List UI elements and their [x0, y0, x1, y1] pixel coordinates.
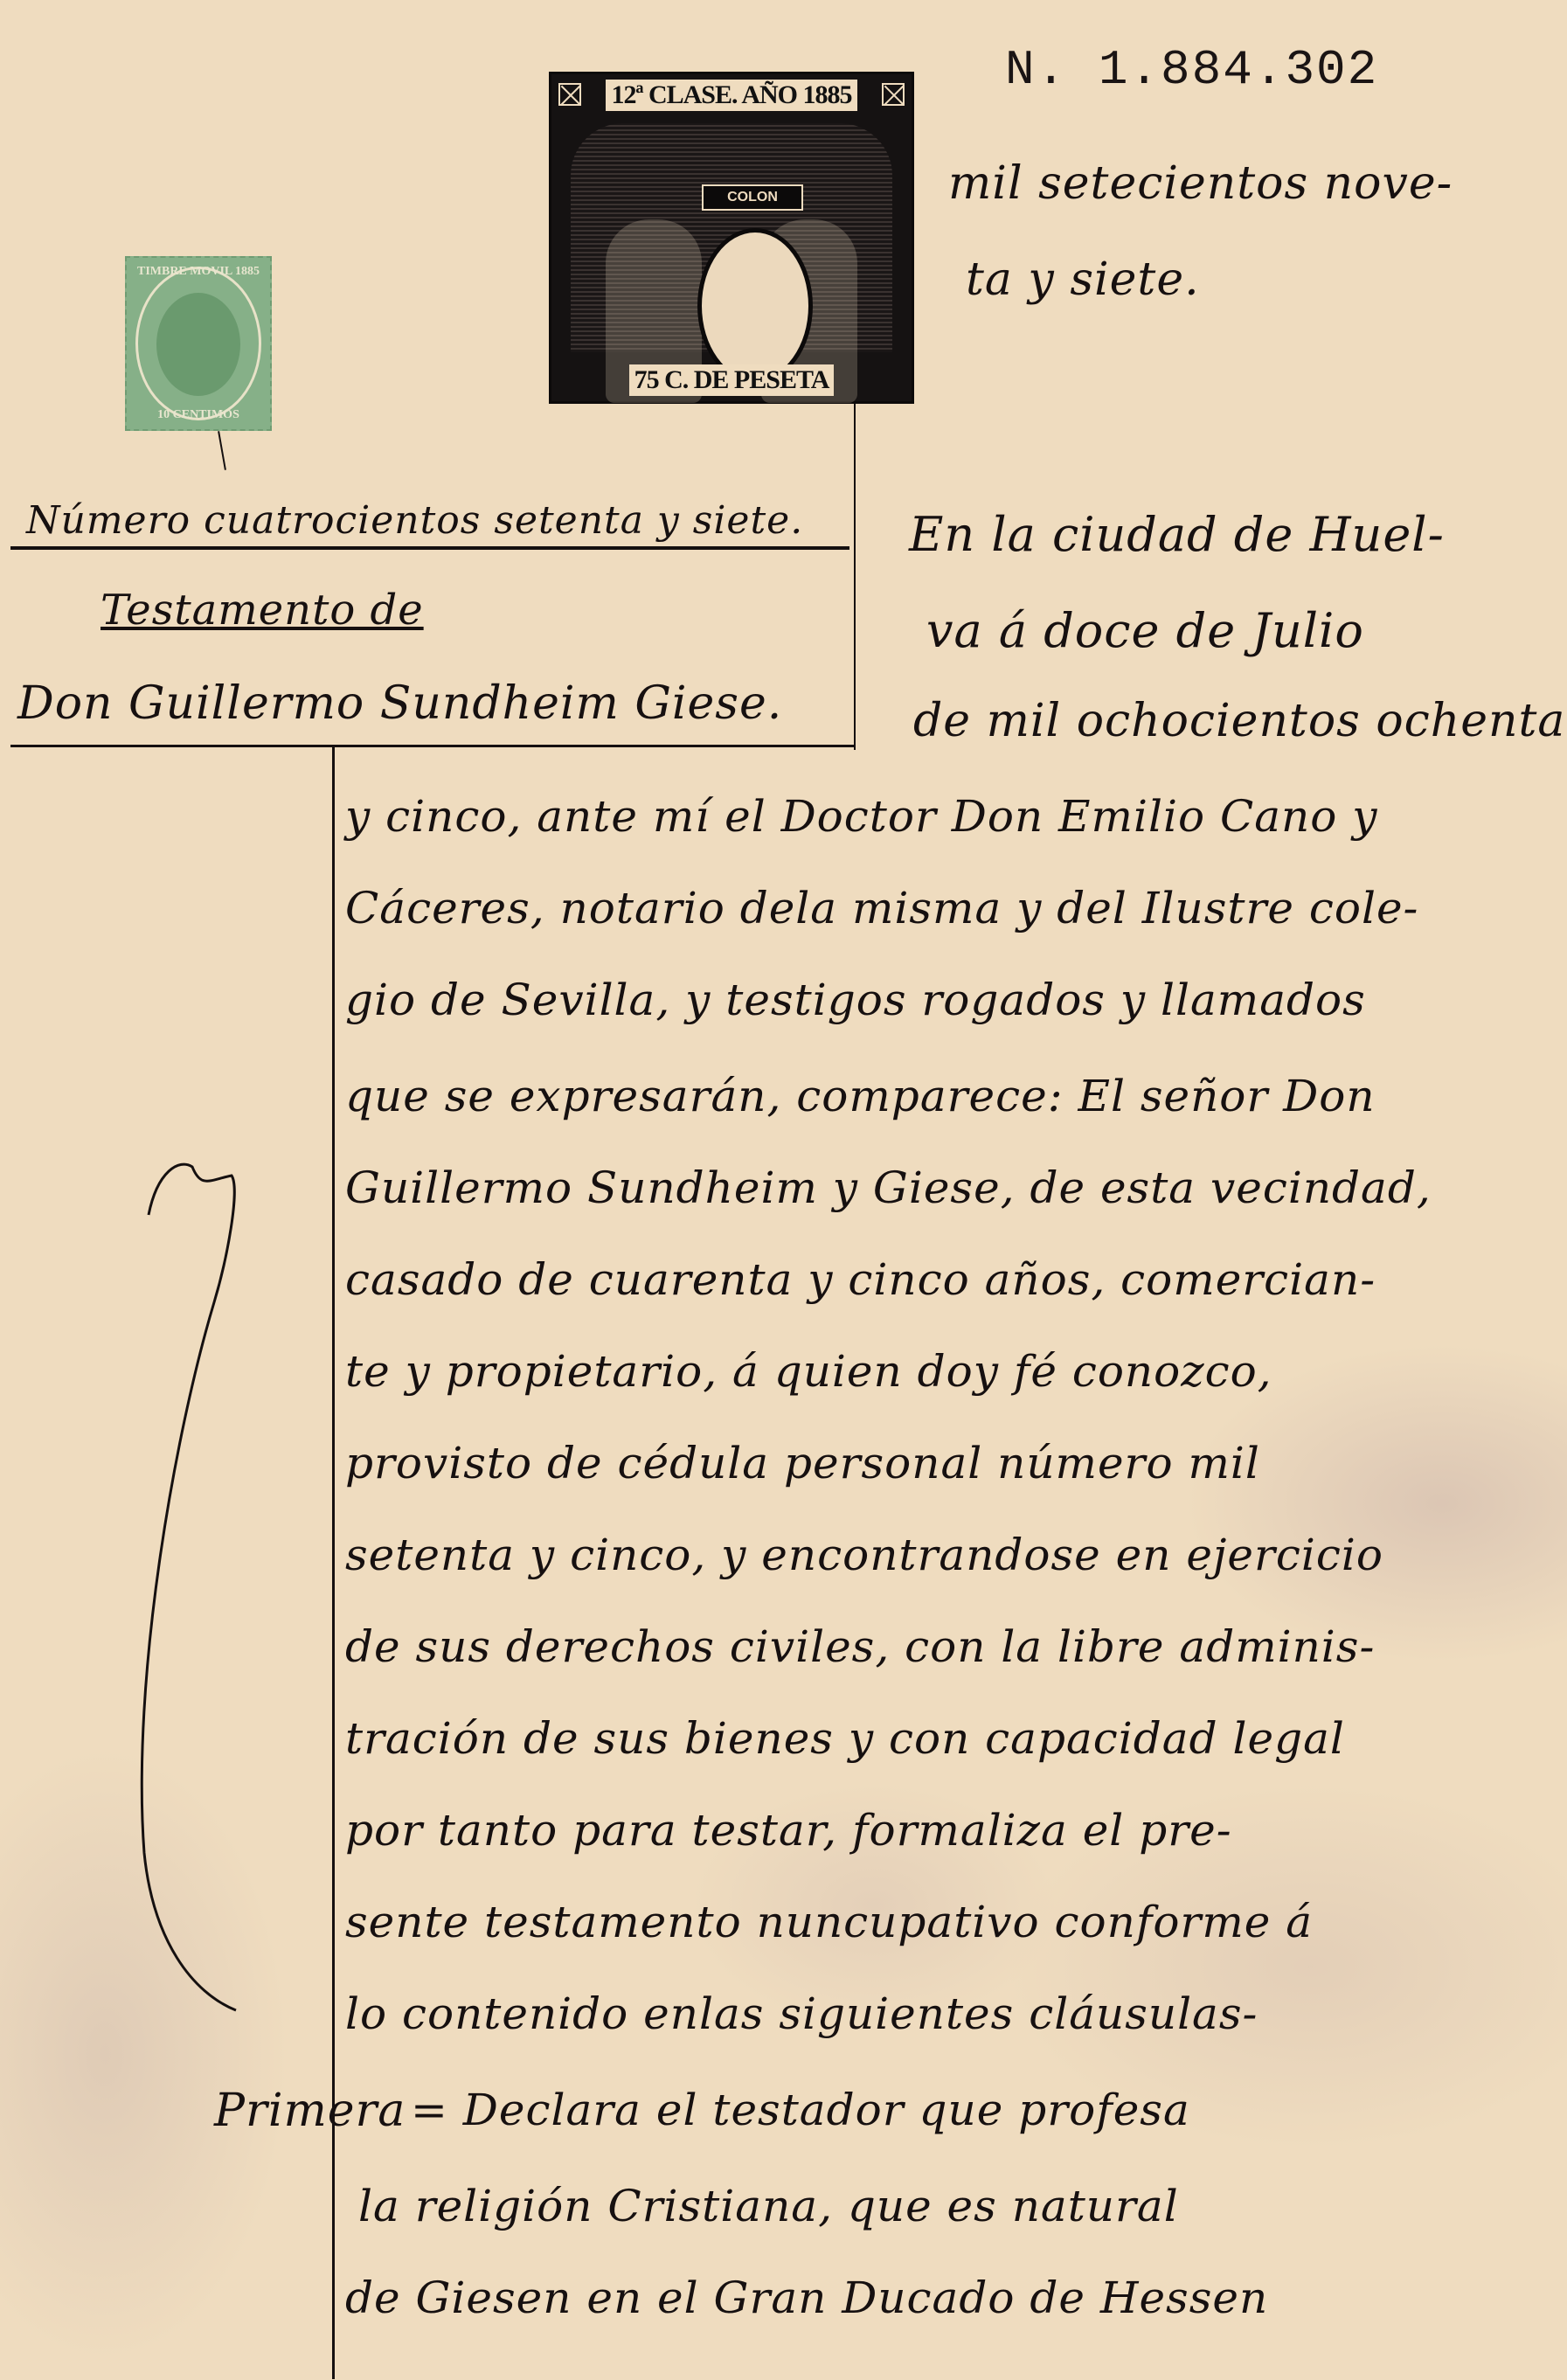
- stamp-value-label: 75 C. DE PESETA: [629, 364, 835, 396]
- body-line: setenta y cinco, y encontrandose en ejer…: [345, 1530, 1383, 1580]
- testator-name: Don Guillermo Sundheim Giese.: [17, 677, 782, 730]
- stamp-engraving: COLON: [571, 123, 892, 352]
- corner-ornament-icon: [882, 83, 905, 106]
- body-line: te y propietario, á quien doy fé conozco…: [345, 1346, 1272, 1397]
- stamp-class-year-label: 12ª CLASE. AÑO 1885: [606, 80, 856, 111]
- opening-line-3: de mil ochocientos ochenta: [913, 695, 1565, 747]
- document-title: Testamento de: [101, 586, 424, 635]
- stamp-banner: COLON: [702, 184, 803, 211]
- revenue-stamp-value: 10 CENTIMOS: [127, 408, 270, 422]
- top-note-line-1: mil setecientos nove-: [948, 157, 1453, 210]
- vertical-rule: [854, 404, 856, 750]
- opening-line-2: va á doce de Julio: [926, 603, 1364, 658]
- body-line: que se expresarán, comparece: El señor D…: [345, 1071, 1376, 1121]
- fiscal-stamp: 12ª CLASE. AÑO 1885 COLON 75 C. DE PESET…: [549, 72, 914, 404]
- corner-ornament-icon: [558, 83, 581, 106]
- body-line: gio de Sevilla, y testigos rogados y lla…: [345, 975, 1366, 1025]
- revenue-stamp-top-text: TIMBRE MOVIL 1885: [127, 265, 270, 279]
- body-line: por tanto para testar, formaliza el pre-: [345, 1805, 1232, 1856]
- body-line: de sus derechos civiles, con la libre ad…: [345, 1621, 1375, 1672]
- body-line: y cinco, ante mí el Doctor Don Emilio Ca…: [345, 791, 1377, 842]
- opening-line-1: En la ciudad de Huel-: [909, 507, 1445, 562]
- header-underline: [10, 546, 849, 550]
- clause-line: = Declara el testador que profesa: [411, 2085, 1190, 2135]
- cancel-stroke: [218, 431, 226, 470]
- stamp-oval-medallion: [697, 228, 813, 384]
- margin-flourish-icon: [140, 1154, 253, 2019]
- clause-label: Primera: [214, 2085, 406, 2137]
- body-line: lo contenido enlas siguientes cláusulas-: [345, 1988, 1258, 2039]
- header-bottom-rule: [10, 745, 856, 747]
- body-line: casado de cuarenta y cinco años, comerci…: [345, 1254, 1376, 1305]
- clause-line: de Giesen en el Gran Ducado de Hessen: [345, 2272, 1268, 2323]
- serial-number: N. 1.884.302: [1005, 42, 1378, 98]
- document-number-line: Número cuatrocientos setenta y siete.: [26, 498, 803, 543]
- stamp-top-band: 12ª CLASE. AÑO 1885: [558, 78, 905, 113]
- revenue-stamp: TIMBRE MOVIL 1885 10 CENTIMOS: [125, 256, 272, 431]
- stamp-bottom-band: 75 C. DE PESETA: [558, 363, 905, 398]
- body-line: Guillermo Sundheim y Giese, de esta veci…: [345, 1162, 1432, 1213]
- body-line: provisto de cédula personal número mil: [345, 1438, 1260, 1488]
- clause-line: la religión Cristiana, que es natural: [358, 2181, 1179, 2231]
- portrait-icon: [156, 293, 240, 396]
- body-line: Cáceres, notario dela misma y del Ilustr…: [345, 883, 1418, 933]
- body-line: sente testamento nuncupativo conforme á: [345, 1897, 1313, 1947]
- body-line: tración de sus bienes y con capacidad le…: [345, 1713, 1345, 1764]
- top-note-line-2: ta y siete.: [966, 253, 1200, 306]
